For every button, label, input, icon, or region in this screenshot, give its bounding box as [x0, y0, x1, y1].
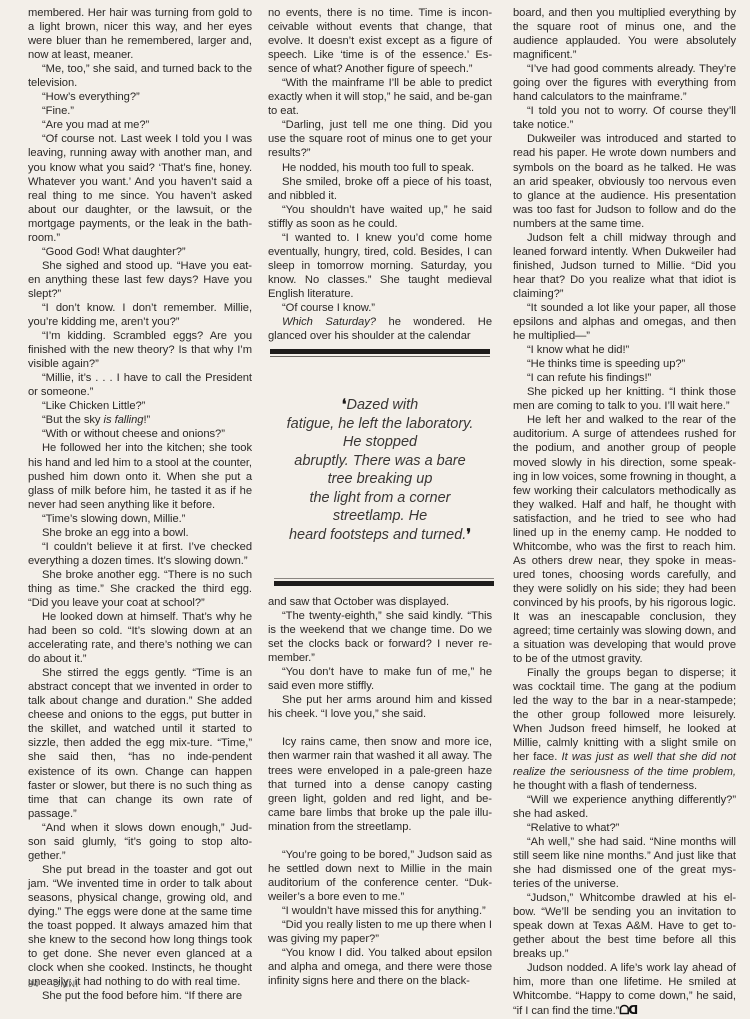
paragraph-text: “With the mainframe I’ll be able to pred… — [268, 77, 492, 117]
paragraph-text: no events, there is no time. Time is inc… — [268, 7, 492, 75]
paragraph: no events, there is no time. Time is inc… — [268, 6, 492, 76]
paragraph: “You know I did. You talked about epsilo… — [268, 946, 492, 988]
paragraph-text: She stirred the eggs gently. “Time is an… — [28, 667, 252, 819]
italic-text: is falling — [104, 414, 144, 426]
paragraph-text: She smiled, broke off a piece of his toa… — [268, 176, 492, 202]
pull-quote-line: tree breaking up — [328, 471, 433, 487]
pull-quote: ❛Dazed with fatigue, he left the laborat… — [270, 396, 490, 544]
paragraph: She put her arms around him and kissed h… — [268, 693, 492, 721]
paragraph: Which Saturday? he wondered. He glanced … — [268, 315, 492, 343]
paragraph: Finally the groups began to disperse; it… — [513, 666, 736, 792]
pull-quote-bottom-rule — [274, 578, 494, 586]
paragraph: “I’m kidding. Scrambled eggs? Are you fi… — [28, 329, 252, 371]
paragraph: She sighed and stood up. “Have you eat-e… — [28, 259, 252, 301]
pull-quote-line: abruptly. There was a bare — [294, 453, 465, 469]
paragraph-text: She put the food before him. “If there a… — [42, 990, 242, 1002]
paragraph: “I couldn’t believe it at first. I’ve ch… — [28, 540, 252, 568]
paragraph-text: “Will we experience anything differently… — [513, 794, 736, 820]
paragraph-text: “But the sky — [42, 414, 104, 426]
paragraph-text: She picked up her knitting. “I think tho… — [513, 386, 736, 412]
paragraph: She put bread in the toaster and got out… — [28, 863, 252, 989]
paragraph: “Of course not. Last week I told you I w… — [28, 132, 252, 244]
paragraph: He followed her into the kitchen; she to… — [28, 441, 252, 511]
paragraph: Judson felt a chill midway through and l… — [513, 231, 736, 301]
paragraph: “I know what he did!” — [513, 343, 736, 357]
pull-quote-line: the light from a corner — [309, 490, 450, 506]
paragraph-text: “Judson,” Whitcombe drawled at his el-bo… — [513, 892, 736, 960]
paragraph-text: Judson felt a chill midway through and l… — [513, 232, 736, 300]
page-folio: 84OMNI — [28, 979, 93, 989]
paragraph: “Are you mad at me?” — [28, 118, 252, 132]
close-quote-icon: ❜ — [466, 527, 471, 543]
pull-quote-line: Dazed with — [346, 397, 418, 413]
paragraph-text: membered. Her hair was turning from gold… — [28, 7, 252, 61]
paragraph-text: “Millie, it’s . . . I have to call the P… — [28, 372, 252, 398]
paragraph: He left her and walked to the rear of th… — [513, 413, 736, 666]
italic-text: Which Saturday? — [282, 316, 376, 328]
column-2-bottom: and saw that October was displayed.“The … — [268, 595, 492, 988]
paragraph-text: “I don’t know. I don’t remember. Millie,… — [28, 302, 252, 328]
paragraph-text: and saw that October was displayed. — [268, 596, 449, 608]
paragraph-text: “Darling, just tell me one thing. Did yo… — [268, 119, 492, 159]
paragraph: She smiled, broke off a piece of his toa… — [268, 175, 492, 203]
paragraph-text: “Are you mad at me?” — [42, 119, 149, 131]
paragraph-text: “I’ve had good comments already. They’re… — [513, 63, 736, 103]
paragraph: “Time’s slowing down, Millie.” — [28, 512, 252, 526]
paragraph: “Like Chicken Little?” — [28, 399, 252, 413]
pull-quote-line: He stopped — [343, 434, 417, 450]
paragraph-text: Finally the groups began to disperse; it… — [513, 667, 736, 763]
column-3: board, and then you multiplied everythin… — [513, 6, 736, 1018]
paragraph: “I’ve had good comments already. They’re… — [513, 62, 736, 104]
paragraph-text: “Ah well,” she had said. “Nine months wi… — [513, 836, 736, 890]
paragraph: membered. Her hair was turning from gold… — [28, 6, 252, 62]
pull-quote-line: fatigue, he left the laboratory. — [287, 416, 474, 432]
paragraph: “Fine.” — [28, 104, 252, 118]
paragraph-text: “Of course I know.” — [282, 302, 375, 314]
paragraph-text: She broke an egg into a bowl. — [42, 527, 189, 539]
paragraph-text: “Of course not. Last week I told you I w… — [28, 133, 252, 243]
paragraph: “I told you not to worry. Of course they… — [513, 104, 736, 132]
paragraph: “How’s everything?” — [28, 90, 252, 104]
paragraph-text: “I know what he did!” — [527, 344, 629, 356]
paragraph: “I wouldn’t have missed this for anythin… — [268, 904, 492, 918]
paragraph-text: “You’re going to be bored,” Judson said … — [268, 849, 492, 903]
paragraph-text: “Like Chicken Little?” — [42, 400, 145, 412]
paragraph-text: “With or without cheese and onions?” — [42, 428, 225, 440]
paragraph: He nodded, his mouth too full to speak. — [268, 161, 492, 175]
paragraph: “It sounded a lot like your paper, all t… — [513, 301, 736, 343]
paragraph: “You’re going to be bored,” Judson said … — [268, 848, 492, 904]
paragraph: “He thinks time is speeding up?” — [513, 357, 736, 371]
page-number: 84 — [28, 979, 39, 989]
paragraph-text: Icy rains came, then snow and more ice, … — [268, 736, 492, 832]
paragraph-text: “Good God! What daughter?” — [42, 246, 186, 258]
paragraph-text: He looked down at himself. That’s why he… — [28, 611, 252, 665]
pull-quote-line: heard footsteps and turned. — [289, 527, 466, 543]
paragraph-text: “I couldn’t believe it at first. I’ve ch… — [28, 541, 252, 567]
paragraph: Icy rains came, then snow and more ice, … — [268, 735, 492, 833]
paragraph-text: “I’m kidding. Scrambled eggs? Are you fi… — [28, 330, 252, 370]
paragraph: “Will we experience anything differently… — [513, 793, 736, 821]
paragraph-text: “Time’s slowing down, Millie.” — [42, 513, 185, 525]
paragraph: She stirred the eggs gently. “Time is an… — [28, 666, 252, 821]
paragraph: “I wanted to. I knew you’d come home eve… — [268, 231, 492, 301]
paragraph-text: He followed her into the kitchen; she to… — [28, 442, 252, 510]
paragraph-text: “He thinks time is speeding up?” — [527, 358, 685, 370]
paragraph-text: board, and then you multiplied everythin… — [513, 7, 736, 61]
paragraph: She put the food before him. “If there a… — [28, 989, 252, 1003]
paragraph-text: He nodded, his mouth too full to speak. — [282, 162, 474, 174]
column-2-top: no events, there is no time. Time is inc… — [268, 6, 492, 343]
pull-quote-line: streetlamp. He — [333, 508, 427, 524]
paragraph-text: “Relative to what?” — [527, 822, 619, 834]
paragraph: “You don’t have to make fun of me,” he s… — [268, 665, 492, 693]
column-1: membered. Her hair was turning from gold… — [28, 6, 252, 1003]
paragraph-text: He left her and walked to the rear of th… — [513, 414, 736, 665]
paragraph: “I don’t know. I don’t remember. Millie,… — [28, 301, 252, 329]
paragraph: “But the sky is falling!” — [28, 413, 252, 427]
paragraph-text: “I wouldn’t have missed this for anythin… — [282, 905, 486, 917]
paragraph: Judson nodded. A life’s work lay ahead o… — [513, 961, 736, 1018]
paragraph: “I can refute his findings!” — [513, 371, 736, 385]
paragraph: “Ah well,” she had said. “Nine months wi… — [513, 835, 736, 891]
paragraph: “Millie, it’s . . . I have to call the P… — [28, 371, 252, 399]
paragraph: “With the mainframe I’ll be able to pred… — [268, 76, 492, 118]
paragraph: She broke an egg into a bowl. — [28, 526, 252, 540]
paragraph: “You shouldn’t have waited up,” he said … — [268, 203, 492, 231]
end-of-story-icon: ᗝᗡ — [619, 1003, 637, 1017]
magazine-name: OMNI — [53, 979, 79, 989]
paragraph: “Judson,” Whitcombe drawled at his el-bo… — [513, 891, 736, 961]
paragraph-text: She broke another egg. “There is no such… — [28, 569, 252, 609]
paragraph-text: “I told you not to worry. Of course they… — [513, 105, 736, 131]
paragraph: “With or without cheese and onions?” — [28, 427, 252, 441]
paragraph: “Me, too,” she said, and turned back to … — [28, 62, 252, 90]
paragraph: “Relative to what?” — [513, 821, 736, 835]
paragraph: She picked up her knitting. “I think tho… — [513, 385, 736, 413]
paragraph: Dukweiler was introduced and started to … — [513, 132, 736, 230]
paragraph-text: “Me, too,” she said, and turned back to … — [28, 63, 252, 89]
paragraph: and saw that October was displayed. — [268, 595, 492, 609]
paragraph-text: Dukweiler was introduced and started to … — [513, 133, 736, 229]
paragraph-text: !” — [143, 414, 150, 426]
paragraph-text: She put her arms around him and kissed h… — [268, 694, 492, 720]
paragraph-text: he thought with a flash of tenderness. — [513, 780, 697, 792]
paragraph-text: “You know I did. You talked about epsilo… — [268, 947, 492, 987]
paragraph: “Of course I know.” — [268, 301, 492, 315]
paragraph: “And when it slows down enough,” Jud-son… — [28, 821, 252, 863]
paragraph-text: “I wanted to. I knew you’d come home eve… — [268, 232, 492, 300]
paragraph-text: “How’s everything?” — [42, 91, 140, 103]
paragraph: “Darling, just tell me one thing. Did yo… — [268, 118, 492, 160]
paragraph-text: “It sounded a lot like your paper, all t… — [513, 302, 736, 342]
paragraph: He looked down at himself. That’s why he… — [28, 610, 252, 666]
paragraph-text: She put bread in the toaster and got out… — [28, 864, 252, 988]
paragraph-text: “You don’t have to make fun of me,” he s… — [268, 666, 492, 692]
paragraph: “Did you really listen to me up there wh… — [268, 918, 492, 946]
paragraph-text: “Fine.” — [42, 105, 74, 117]
paragraph-text: She sighed and stood up. “Have you eat-e… — [28, 260, 252, 300]
paragraph: “Good God! What daughter?” — [28, 245, 252, 259]
paragraph-text: “Did you really listen to me up there wh… — [268, 919, 492, 945]
paragraph: board, and then you multiplied everythin… — [513, 6, 736, 62]
paragraph-text: “The twenty-eighth,” she said kindly. “T… — [268, 610, 492, 664]
paragraph-text: “I can refute his findings!” — [527, 372, 651, 384]
paragraph: She broke another egg. “There is no such… — [28, 568, 252, 610]
paragraph-text: “You shouldn’t have waited up,” he said … — [268, 204, 492, 230]
pull-quote-top-rule — [270, 349, 490, 357]
paragraph: “The twenty-eighth,” she said kindly. “T… — [268, 609, 492, 665]
paragraph-text: “And when it slows down enough,” Jud-son… — [28, 822, 252, 862]
